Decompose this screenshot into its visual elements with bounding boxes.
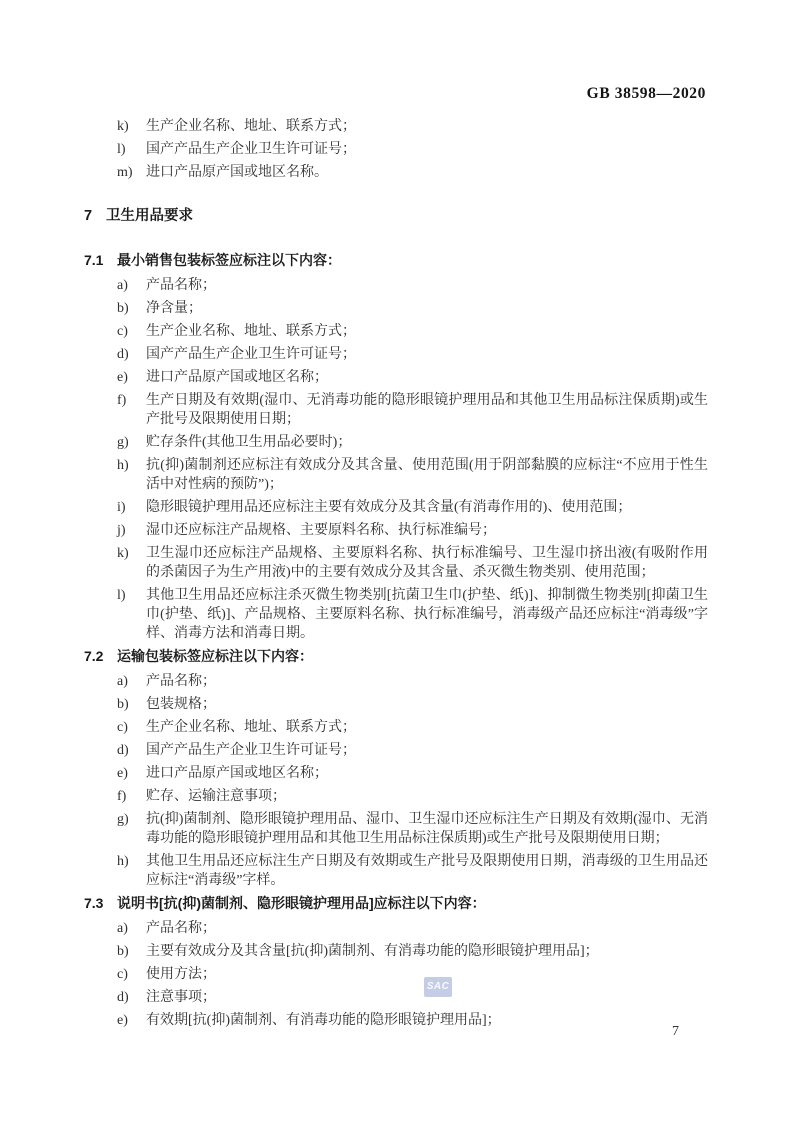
list-item: c) 生产企业名称、地址、联系方式； (117, 322, 708, 341)
clause-7-1-list: a) 产品名称； b) 净含量； c) 生产企业名称、地址、联系方式； d) 国… (84, 276, 708, 643)
item-text: 隐形眼镜护理用品还应标注主要有效成分及其含量(有消毒作用的)、使用范围； (146, 498, 708, 517)
item-text: 其他卫生用品还应标注杀灭微生物类别[抗菌卫生巾(护垫、纸)]、抑制微生物类别[抑… (146, 586, 708, 643)
list-item: e) 进口产品原产国或地区名称； (117, 764, 708, 783)
list-item: a) 产品名称； (117, 919, 708, 938)
clause-heading-7-2: 7.2 运输包装标签应标注以下内容： (84, 647, 708, 666)
item-label: b) (117, 942, 146, 961)
list-item: f) 贮存、运输注意事项； (117, 787, 708, 806)
page-number: 7 (672, 1022, 679, 1041)
item-text: 进口产品原产国或地区名称； (146, 368, 708, 387)
item-text: 产品名称； (146, 919, 708, 938)
list-item: i) 隐形眼镜护理用品还应标注主要有效成分及其含量(有消毒作用的)、使用范围； (117, 498, 708, 517)
item-text: 卫生湿巾还应标注产品规格、主要原料名称、执行标准编号、卫生湿巾挤出液(有吸附作用… (146, 544, 708, 582)
item-text: 进口产品原产国或地区名称； (146, 764, 708, 783)
item-text: 贮存、运输注意事项； (146, 787, 708, 806)
list-item: d) 国产产品生产企业卫生许可证号； (117, 741, 708, 760)
item-label: i) (117, 498, 146, 517)
list-item: b) 包装规格； (117, 695, 708, 714)
item-label: c) (117, 322, 146, 341)
item-text: 国产产品生产企业卫生许可证号； (146, 140, 708, 159)
item-label: b) (117, 299, 146, 318)
clause-7-3-list: a) 产品名称； b) 主要有效成分及其含量[抗(抑)菌制剂、有消毒功能的隐形眼… (84, 919, 708, 1030)
item-label: c) (117, 965, 146, 984)
list-item: m) 进口产品原产国或地区名称。 (117, 163, 708, 182)
item-label: e) (117, 368, 146, 387)
item-label: m) (117, 163, 146, 182)
item-label: j) (117, 521, 146, 540)
list-item: k) 生产企业名称、地址、联系方式； (117, 117, 708, 136)
clause-number: 7.1 (84, 251, 117, 270)
item-text: 生产企业名称、地址、联系方式； (146, 322, 708, 341)
item-label: h) (117, 852, 146, 890)
list-item: g) 抗(抑)菌制剂、隐形眼镜护理用品、湿巾、卫生湿巾还应标注生产日期及有效期(… (117, 810, 708, 848)
item-text: 其他卫生用品还应标注生产日期及有效期或生产批号及限期使用日期，消毒级的卫生用品还… (146, 852, 708, 890)
item-text: 净含量； (146, 299, 708, 318)
item-text: 国产产品生产企业卫生许可证号； (146, 345, 708, 364)
item-label: e) (117, 1011, 146, 1030)
list-item: e) 有效期[抗(抑)菌制剂、有消毒功能的隐形眼镜护理用品]； (117, 1011, 708, 1030)
item-text: 生产企业名称、地址、联系方式； (146, 718, 708, 737)
clause-number: 7.3 (84, 894, 117, 913)
item-text: 生产日期及有效期(湿巾、无消毒功能的隐形眼镜护理用品和其他卫生用品标注保质期)或… (146, 391, 708, 429)
item-text: 生产企业名称、地址、联系方式； (146, 117, 708, 136)
item-label: k) (117, 117, 146, 136)
list-item: k) 卫生湿巾还应标注产品规格、主要原料名称、执行标准编号、卫生湿巾挤出液(有吸… (117, 544, 708, 582)
item-label: g) (117, 810, 146, 848)
item-text: 国产产品生产企业卫生许可证号； (146, 741, 708, 760)
item-label: e) (117, 764, 146, 783)
item-label: c) (117, 718, 146, 737)
item-label: d) (117, 988, 146, 1007)
list-item: j) 湿巾还应标注产品规格、主要原料名称、执行标准编号； (117, 521, 708, 540)
list-item: h) 其他卫生用品还应标注生产日期及有效期或生产批号及限期使用日期，消毒级的卫生… (117, 852, 708, 890)
list-item: a) 产品名称； (117, 276, 708, 295)
document-page: GB 38598—2020 k) 生产企业名称、地址、联系方式； l) 国产产品… (0, 0, 794, 1123)
list-item: d) 国产产品生产企业卫生许可证号； (117, 345, 708, 364)
item-label: g) (117, 433, 146, 452)
item-text: 有效期[抗(抑)菌制剂、有消毒功能的隐形眼镜护理用品]； (146, 1011, 708, 1030)
item-label: l) (117, 140, 146, 159)
item-label: k) (117, 544, 146, 582)
section-heading: 7 卫生用品要求 (84, 206, 708, 226)
page-content: k) 生产企业名称、地址、联系方式； l) 国产产品生产企业卫生许可证号； m)… (84, 117, 708, 1034)
list-item: l) 其他卫生用品还应标注杀灭微生物类别[抗菌卫生巾(护垫、纸)]、抑制微生物类… (117, 586, 708, 643)
intro-list: k) 生产企业名称、地址、联系方式； l) 国产产品生产企业卫生许可证号； m)… (84, 117, 708, 182)
item-label: d) (117, 345, 146, 364)
item-text: 主要有效成分及其含量[抗(抑)菌制剂、有消毒功能的隐形眼镜护理用品]； (146, 942, 708, 961)
list-item: h) 抗(抑)菌制剂还应标注有效成分及其含量、使用范围(用于阴部黏膜的应标注“不… (117, 456, 708, 494)
item-text: 产品名称； (146, 672, 708, 691)
list-item: c) 生产企业名称、地址、联系方式； (117, 718, 708, 737)
list-item: g) 贮存条件(其他卫生用品必要时)； (117, 433, 708, 452)
standard-number: GB 38598—2020 (587, 85, 706, 103)
item-text: 湿巾还应标注产品规格、主要原料名称、执行标准编号； (146, 521, 708, 540)
sac-watermark-icon: SAC (424, 977, 452, 997)
item-label: b) (117, 695, 146, 714)
section-number: 7 (84, 206, 106, 226)
clause-text: 说明书[抗(抑)菌制剂、隐形眼镜护理用品]应标注以下内容： (117, 894, 708, 913)
item-text: 抗(抑)菌制剂、隐形眼镜护理用品、湿巾、卫生湿巾还应标注生产日期及有效期(湿巾、… (146, 810, 708, 848)
list-item: e) 进口产品原产国或地区名称； (117, 368, 708, 387)
item-text: 包装规格； (146, 695, 708, 714)
item-text: 抗(抑)菌制剂还应标注有效成分及其含量、使用范围(用于阴部黏膜的应标注“不应用于… (146, 456, 708, 494)
item-label: a) (117, 276, 146, 295)
clause-text: 运输包装标签应标注以下内容： (117, 647, 708, 666)
list-item: b) 净含量； (117, 299, 708, 318)
list-item: c) 使用方法； (117, 965, 708, 984)
item-label: a) (117, 919, 146, 938)
clause-heading-7-3: 7.3 说明书[抗(抑)菌制剂、隐形眼镜护理用品]应标注以下内容： (84, 894, 708, 913)
list-item: b) 主要有效成分及其含量[抗(抑)菌制剂、有消毒功能的隐形眼镜护理用品]； (117, 942, 708, 961)
list-item: l) 国产产品生产企业卫生许可证号； (117, 140, 708, 159)
item-text: 产品名称； (146, 276, 708, 295)
item-label: d) (117, 741, 146, 760)
clause-number: 7.2 (84, 647, 117, 666)
section-title: 卫生用品要求 (106, 206, 193, 226)
clause-heading-7-1: 7.1 最小销售包装标签应标注以下内容： (84, 251, 708, 270)
item-label: f) (117, 787, 146, 806)
item-label: f) (117, 391, 146, 429)
item-text: 进口产品原产国或地区名称。 (146, 163, 708, 182)
clause-7-2-list: a) 产品名称； b) 包装规格； c) 生产企业名称、地址、联系方式； d) … (84, 672, 708, 890)
list-item: d) 注意事项； (117, 988, 708, 1007)
list-item: a) 产品名称； (117, 672, 708, 691)
item-text: 贮存条件(其他卫生用品必要时)； (146, 433, 708, 452)
list-item: f) 生产日期及有效期(湿巾、无消毒功能的隐形眼镜护理用品和其他卫生用品标注保质… (117, 391, 708, 429)
item-label: h) (117, 456, 146, 494)
item-label: l) (117, 586, 146, 643)
item-label: a) (117, 672, 146, 691)
clause-text: 最小销售包装标签应标注以下内容： (117, 251, 708, 270)
